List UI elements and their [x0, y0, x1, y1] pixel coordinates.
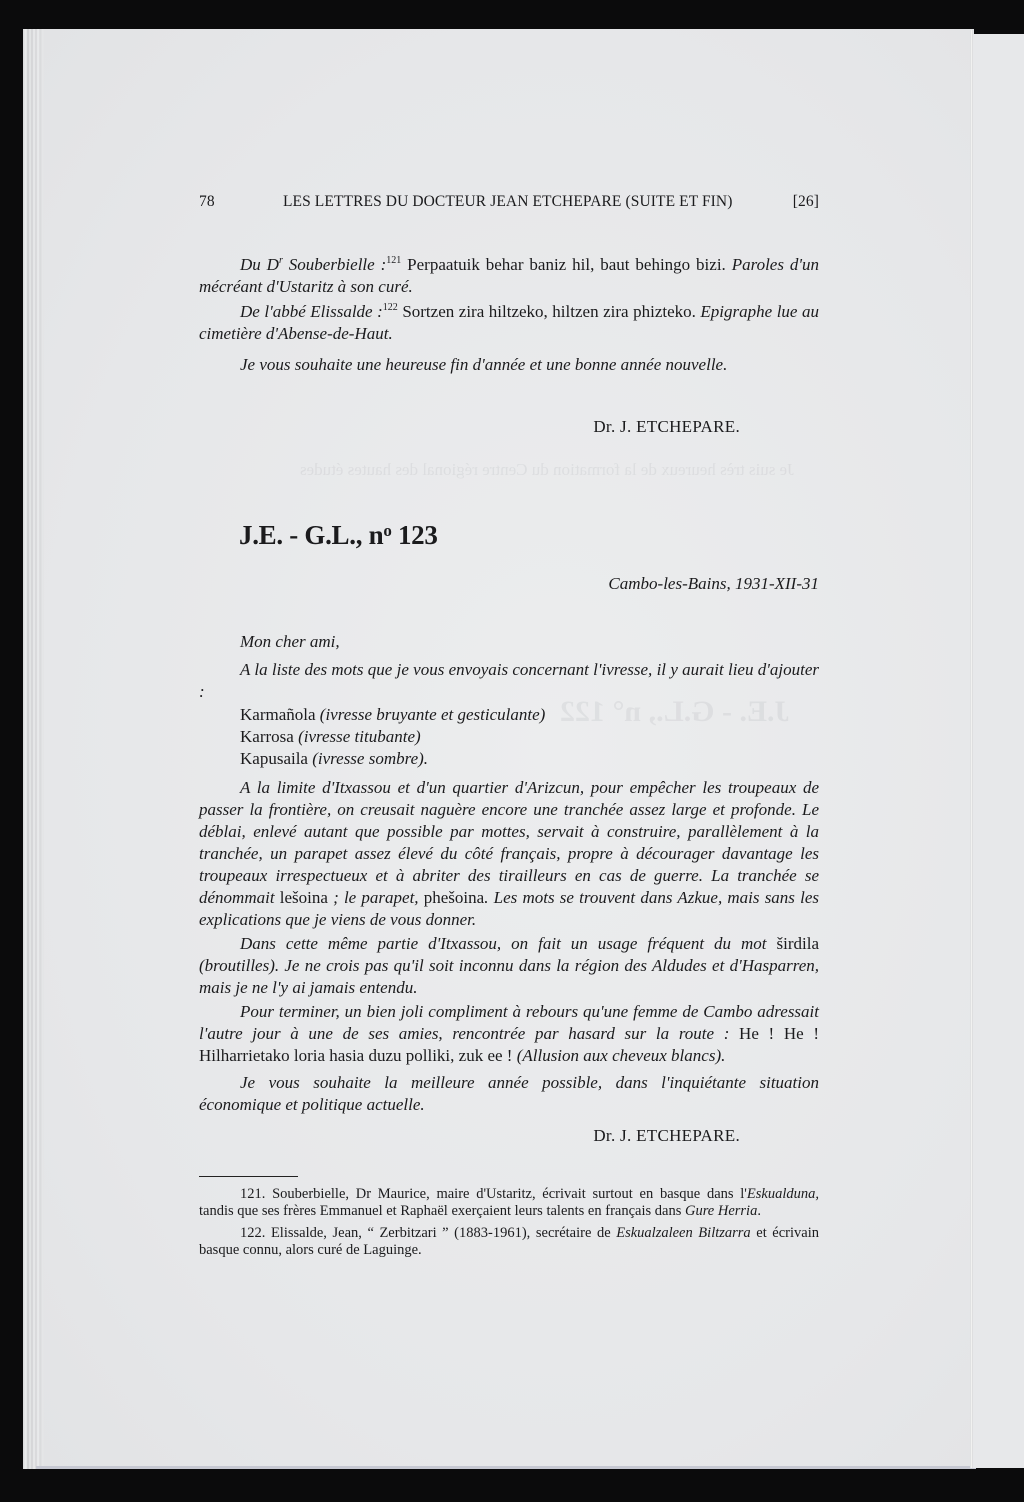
- footnotes: 121. Souberbielle, Dr Maurice, maire d'U…: [199, 1186, 819, 1264]
- book-gutter: [970, 30, 973, 1468]
- basque-word: phešoina: [424, 888, 484, 907]
- running-title: LES LETTRES DU DOCTEUR JEAN ETCHEPARE (S…: [215, 193, 793, 211]
- word-item: Kapusaila (ivresse sombre).: [199, 748, 819, 770]
- word-item: Karmañola (ivresse bruyante et gesticula…: [199, 704, 819, 726]
- running-head: 78 LES LETTRES DU DOCTEUR JEAN ETCHEPARE…: [199, 193, 819, 211]
- footnote-ref-121[interactable]: 121: [386, 255, 401, 266]
- footnote-121: 121. Souberbielle, Dr Maurice, maire d'U…: [199, 1186, 819, 1220]
- signature-1: Dr. J. ETCHEPARE.: [199, 417, 740, 437]
- dateline: Cambo-les-Bains, 1931-XII-31: [199, 574, 819, 594]
- quote-souberbielle: Du Dr Souberbielle :121 Perpaatuik behar…: [199, 254, 819, 298]
- footnote-122: 122. Elissalde, Jean, “ Zerbitzari ” (18…: [199, 1225, 819, 1259]
- basque-word: lešoina: [280, 888, 328, 907]
- basque-epigraph: Sortzen zira hiltzeko, hiltzen zira phiz…: [398, 302, 696, 321]
- quote-elissalde: De l'abbé Elissalde :122 Sortzen zira hi…: [199, 301, 819, 345]
- show-through-text: Je suis très heureux de la formation du …: [300, 460, 794, 480]
- attribution: De l'abbé Elissalde :: [240, 302, 383, 321]
- word-item: Karrosa (ivresse titubante): [199, 726, 819, 748]
- paragraph-border-trench: A la limite d'Itxassou et d'un quartier …: [199, 777, 819, 931]
- basque-proverb: Perpaatuik behar baniz hil, baut behingo…: [401, 255, 726, 274]
- page-number: 78: [199, 193, 215, 211]
- paragraph-compliment: Pour terminer, un bien joli compliment à…: [199, 1001, 819, 1067]
- word-list: Karmañola (ivresse bruyante et gesticula…: [199, 704, 819, 770]
- footnote-ref-122[interactable]: 122: [383, 302, 398, 313]
- footnote-rule: [199, 1176, 298, 1177]
- signature-2: Dr. J. ETCHEPARE.: [199, 1126, 740, 1146]
- page-stack-edges: [23, 29, 45, 1469]
- closing-wish-1: Je vous souhaite une heureuse fin d'anné…: [199, 354, 819, 376]
- basque-word: širdila: [777, 934, 820, 953]
- letter-heading: J.E. - G.L., no 123: [239, 520, 438, 551]
- facing-page-edge: [973, 34, 1024, 1468]
- page-bottom-edge: [36, 1466, 976, 1469]
- salutation: Mon cher ami,: [199, 631, 819, 653]
- intro-paragraph: A la liste des mots que je vous envoyais…: [199, 659, 819, 703]
- bracket-page-number: [26]: [793, 193, 819, 211]
- attribution: Du Dr Souberbielle :: [240, 255, 386, 274]
- paragraph-sirdila: Dans cette même partie d'Itxassou, on fa…: [199, 933, 819, 999]
- closing-wish-2: Je vous souhaite la meilleure année poss…: [199, 1072, 819, 1116]
